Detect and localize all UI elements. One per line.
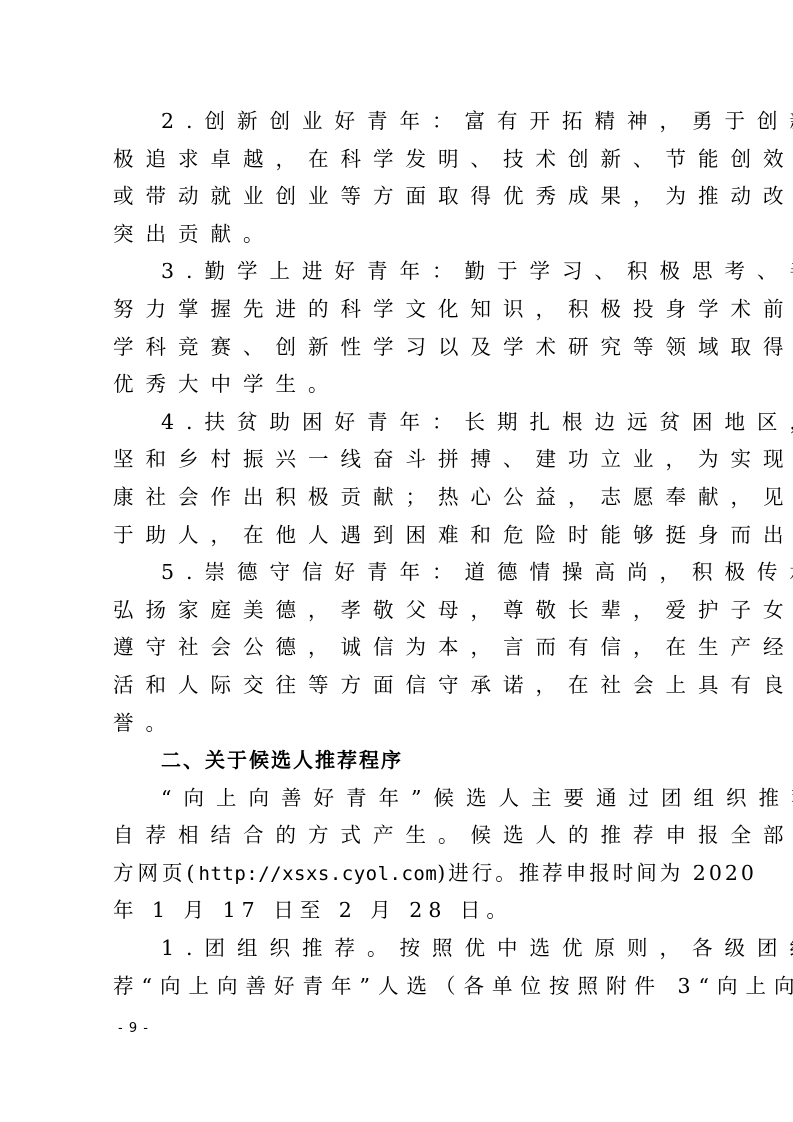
text-fragment: )进行。推荐申报时间为 2020 — [437, 861, 757, 885]
paragraph-line: 弘扬家庭美德，孝敬父母，尊敬长辈，爱护子女，关爱亲人； — [113, 592, 675, 630]
paragraph-line: 于助人，在他人遇到困难和危险时能够挺身而出。 — [113, 517, 675, 555]
paragraph-line: 4.扶贫助困好青年：长期扎根边远贫困地区，在脱贫攻 — [113, 404, 675, 442]
paragraph-line-url: 方网页(http://xsxs.cyol.com)进行。推荐申报时间为 2020 — [113, 855, 675, 893]
page-number: - 9 - — [118, 1021, 149, 1036]
paragraph-line: 荐“向上向善好青年”人选（各单位按照附件 3“向上向善 — [113, 968, 675, 1006]
paragraph-line: 1.团组织推荐。按照优中选优原则，各级团组织逐级推 — [113, 930, 675, 968]
paragraph-line: 优秀大中学生。 — [113, 366, 675, 404]
paragraph-line: 突出贡献。 — [113, 216, 675, 254]
paragraph-line: 5.崇德守信好青年：道德情操高尚，积极传承文明家风、 — [113, 554, 675, 592]
paragraph-line: 誉。 — [113, 705, 675, 743]
section-heading: 二、关于候选人推荐程序 — [113, 742, 675, 780]
paragraph-line: 或带动就业创业等方面取得优秀成果，为推动改革发展作出 — [113, 178, 675, 216]
paragraph-line: 3.勤学上进好青年：勤于学习、积极思考、善于钻研， — [113, 253, 675, 291]
paragraph-line: 自荐相结合的方式产生。候选人的推荐申报全部通过活动官 — [113, 817, 675, 855]
paragraph-line: 2.创新创业好青年：富有开拓精神，勇于创新创造，积 — [113, 103, 675, 141]
text-fragment: 方网页( — [113, 861, 199, 885]
paragraph-line: “向上向善好青年”候选人主要通过团组织推荐和个人 — [113, 780, 675, 818]
paragraph-line: 遵守社会公德，诚信为本，言而有信，在生产经营、工作生 — [113, 629, 675, 667]
paragraph-line: 坚和乡村振兴一线奋斗拼搏、建功立业，为实现全面建成小 — [113, 441, 675, 479]
paragraph-line: 年 1 月 17 日至 2 月 28 日。 — [113, 892, 675, 930]
website-link[interactable]: http://xsxs.cyol.com — [199, 863, 438, 885]
paragraph-line: 康社会作出积极贡献；热心公益，志愿奉献，见义勇为，乐 — [113, 479, 675, 517]
paragraph-line: 极追求卓越，在科学发明、技术创新、节能创效、创意开发 — [113, 141, 675, 179]
paragraph-line: 学科竞赛、创新性学习以及学术研究等领域取得突出成绩的 — [113, 329, 675, 367]
paragraph-line: 努力掌握先进的科学文化知识，积极投身学术前沿研究，在 — [113, 291, 675, 329]
paragraph-line: 活和人际交往等方面信守承诺，在社会上具有良好口碑和信 — [113, 667, 675, 705]
document-page: 2.创新创业好青年：富有开拓精神，勇于创新创造，积 极追求卓越，在科学发明、技术… — [113, 103, 675, 1005]
